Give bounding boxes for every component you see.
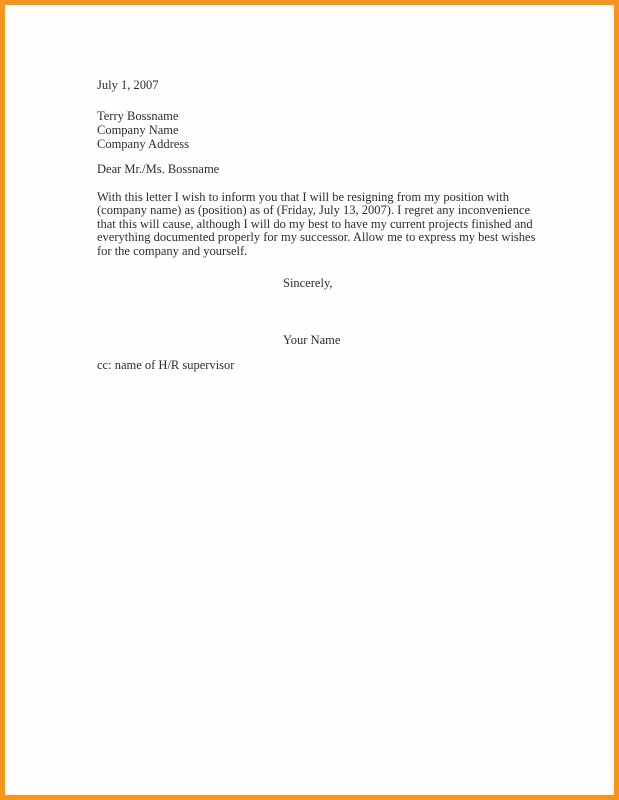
letter-date: July 1, 2007 (97, 79, 547, 92)
body-line: for the company and yourself. (97, 245, 547, 258)
cc-note: cc: name of H/R supervisor (97, 358, 547, 372)
letter-page: July 1, 2007 Terry Bossname Company Name… (0, 0, 619, 800)
salutation: Dear Mr./Ms. Bossname (97, 162, 547, 176)
body-line: (company name) as (position) as of (Frid… (97, 204, 547, 217)
body-line: that this will cause, although I will do… (97, 218, 547, 231)
recipient-name: Terry Bossname (97, 109, 547, 123)
recipient-company: Company Name (97, 123, 547, 137)
recipient-block: Terry Bossname Company Name Company Addr… (97, 109, 547, 151)
signature-name: Your Name (283, 333, 547, 347)
letter-body: With this letter I wish to inform you th… (97, 191, 547, 258)
letter-content: July 1, 2007 Terry Bossname Company Name… (97, 79, 547, 372)
recipient-address: Company Address (97, 137, 547, 151)
body-line: With this letter I wish to inform you th… (97, 191, 547, 204)
closing: Sincerely, (283, 276, 547, 290)
body-line: everything documented properly for my su… (97, 231, 547, 244)
